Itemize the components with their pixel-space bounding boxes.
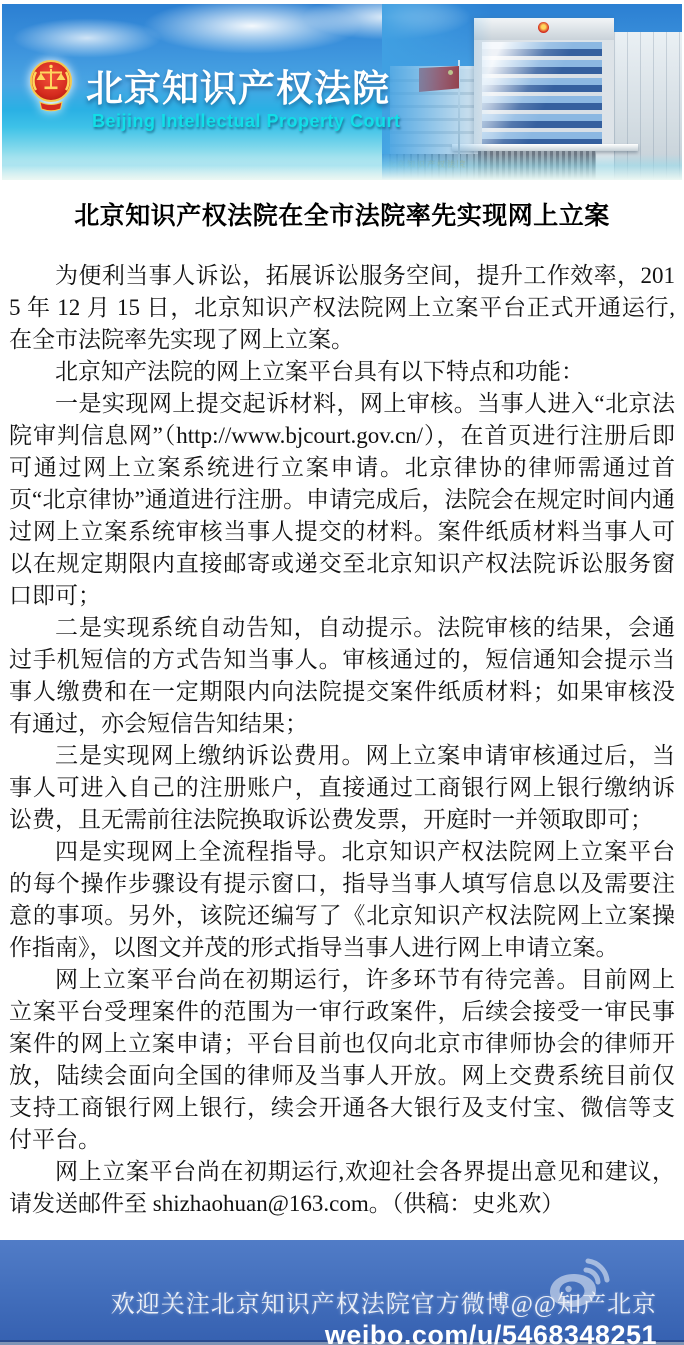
building-glass-facade: [482, 42, 602, 148]
article-paragraph: 四是实现网上全流程指导。北京知识产权法院网上立案平台的每个操作步骤设有提示窗口，…: [9, 836, 675, 964]
footer-banner: 欢迎关注北京知识产权法院官方微博@@知产北京 weibo.com/u/54683…: [0, 1240, 684, 1345]
court-emblem-icon: [27, 59, 75, 113]
article-paragraph: 二是实现系统自动告知，自动提示。法院审核的结果，会通过手机短信的方式告知当事人。…: [9, 612, 675, 740]
national-emblem-icon: [538, 22, 549, 33]
article-paragraph: 为便利当事人诉讼，拓展诉讼服务空间，提升工作效率，2015 年 12 月 15 …: [9, 260, 675, 356]
court-name-en: Beijing Intellectual Property Court: [92, 111, 401, 132]
footer-caption: 欢迎关注北京知识产权法院官方微博@@知产北京: [0, 1284, 657, 1319]
article: 北京知识产权法院在全市法院率先实现网上立案 为便利当事人诉讼，拓展诉讼服务空间，…: [0, 180, 684, 1220]
cloud-decoration: [12, 18, 162, 58]
article-paragraph: 一是实现网上提交起诉材料，网上审核。当事人进入“北京法院审判信息网”（http:…: [9, 388, 675, 612]
article-paragraph: 网上立案平台尚在初期运行,欢迎社会各界提出意见和建议，请发送邮件至 shizha…: [9, 1156, 675, 1220]
weibo-url: weibo.com/u/5468348251: [0, 1320, 657, 1345]
sea-fade: [2, 154, 682, 180]
article-paragraph: 网上立案平台尚在初期运行，许多环节有待完善。目前网上立案平台受理案件的范围为一审…: [9, 964, 675, 1156]
article-paragraph: 北京知产法院的网上立案平台具有以下特点和功能：: [9, 356, 675, 388]
page: 北京知识产权法院 北京知识产权法院 Beijin: [0, 0, 684, 1345]
header-banner: 北京知识产权法院 北京知识产权法院 Beijin: [2, 4, 682, 180]
court-name-zh: 北京知识产权法院: [86, 58, 390, 112]
article-paragraph: 三是实现网上缴纳诉讼费用。网上立案申请审核通过后，当事人可进入自己的注册账户，直…: [9, 740, 675, 836]
article-title: 北京知识产权法院在全市法院率先实现网上立案: [10, 196, 674, 232]
